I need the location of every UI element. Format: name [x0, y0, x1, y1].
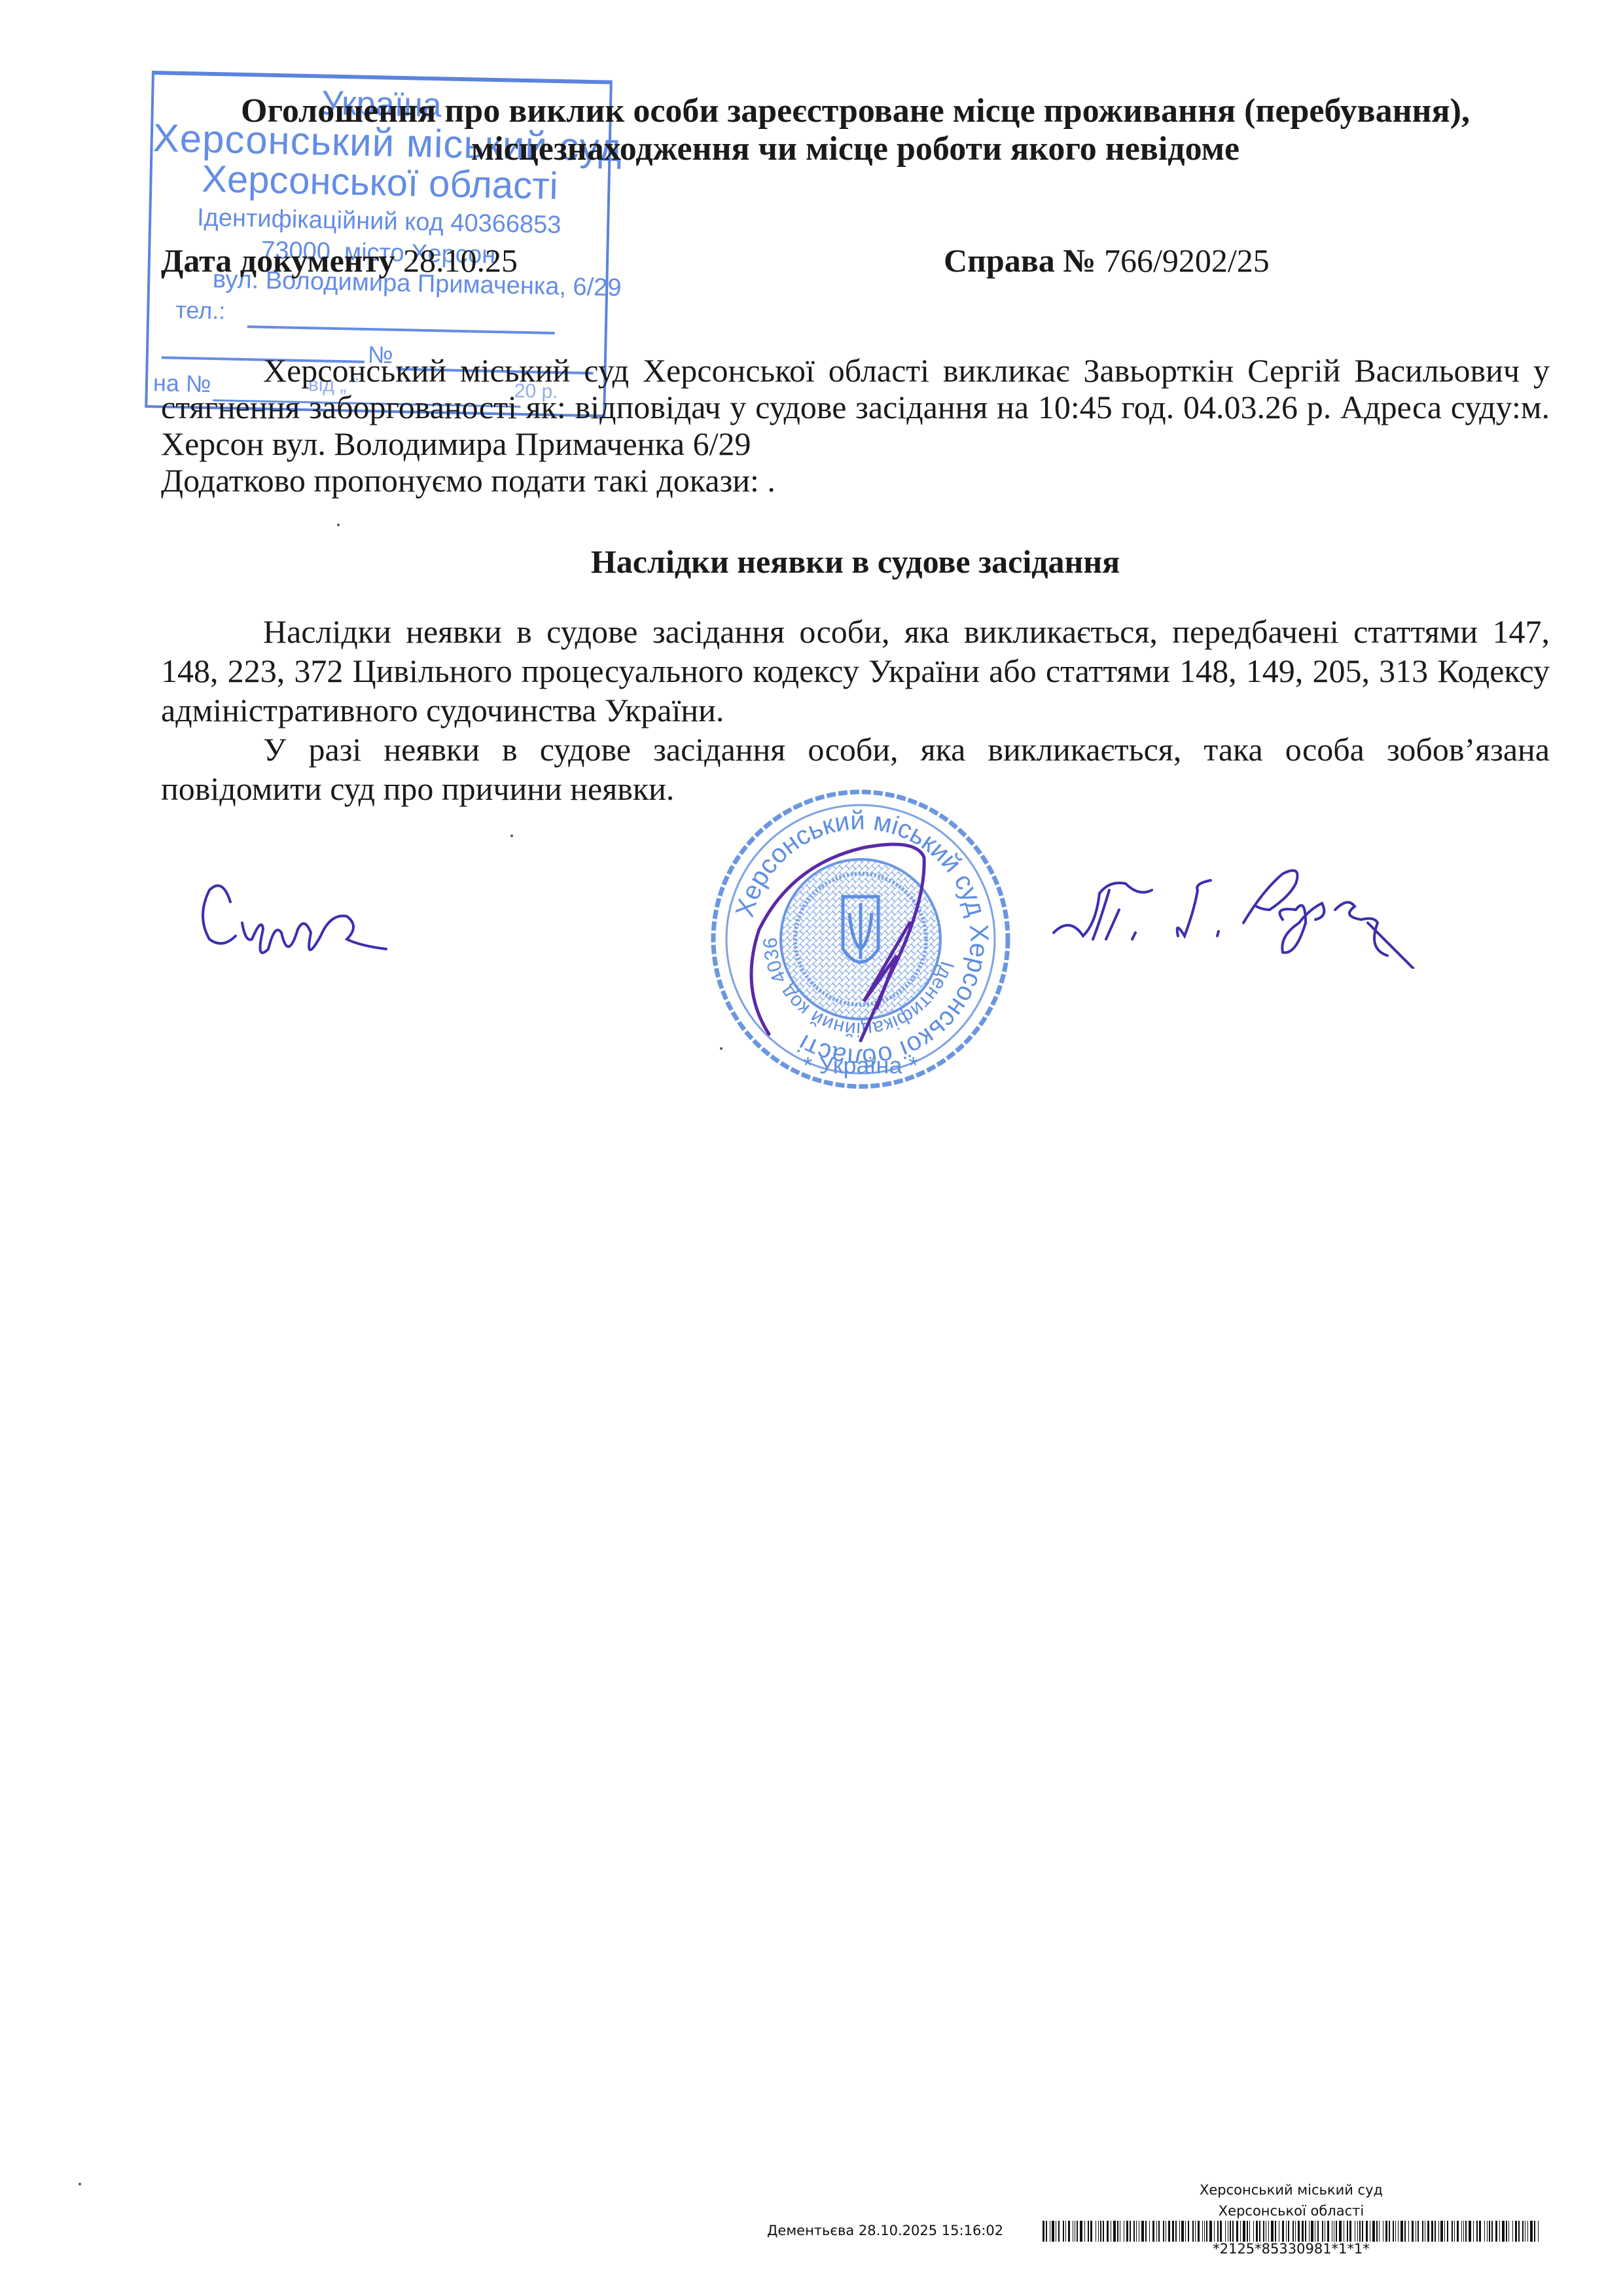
barcode-bar: [1100, 2221, 1101, 2242]
barcode-bar: [1435, 2221, 1436, 2242]
barcode-bar: [1240, 2221, 1241, 2242]
barcode-bar: [1271, 2221, 1274, 2242]
barcode-bar: [1068, 2221, 1070, 2242]
case-number: Справа № 766/9202/25: [944, 242, 1270, 279]
barcode-bar: [1220, 2221, 1222, 2242]
barcode-bar: [1217, 2221, 1219, 2242]
barcode-bar: [1065, 2221, 1066, 2242]
document-title-line-1: Оголошення про виклик особи зареєстрован…: [161, 92, 1550, 131]
barcode-bar: [1050, 2221, 1050, 2242]
barcode-bar: [1347, 2221, 1348, 2242]
barcode-bar: [1404, 2221, 1406, 2242]
judge-signature: Т. Г. Рядча: [1047, 844, 1440, 969]
barcode-bar: [1247, 2221, 1248, 2242]
barcode-bar: [1253, 2221, 1254, 2242]
barcode-bar: [1268, 2221, 1269, 2242]
barcode-bar: [1286, 2221, 1287, 2242]
barcode-bar: [1063, 2221, 1064, 2242]
barcode-bar: [1113, 2221, 1116, 2242]
barcode-bar: [1465, 2221, 1467, 2242]
document-date: Дата документу 28.10.25: [161, 242, 518, 279]
barcode-bar: [1084, 2221, 1085, 2242]
barcode-bar: [1282, 2221, 1284, 2242]
barcode-bar: [1522, 2221, 1524, 2242]
barcode-bar: [1317, 2221, 1319, 2242]
barcode-bar: [1052, 2221, 1054, 2242]
consequences-paragraph-1: Наслідки неявки в судове засідання особи…: [161, 612, 1550, 730]
barcode-bar: [1130, 2221, 1131, 2242]
barcode-bar: [1499, 2221, 1500, 2242]
barcode-bar: [1156, 2221, 1157, 2242]
footer-court-name-line-2: Херсонської області: [1160, 2203, 1422, 2219]
stamp-phone-rule: [247, 325, 555, 334]
barcode-bar: [1198, 2221, 1200, 2242]
barcode-bar: [1502, 2221, 1505, 2242]
barcode-bar: [1452, 2221, 1453, 2242]
barcode-bar: [1473, 2221, 1474, 2242]
barcode-bar: [1376, 2221, 1378, 2242]
barcode-bar: [1366, 2221, 1368, 2242]
barcode-bar: [1416, 2221, 1416, 2242]
barcode-bar: [1058, 2221, 1060, 2242]
barcode-bar: [1166, 2221, 1166, 2242]
document-title-line-2: місцезнаходження чи місце роботи якого н…: [161, 130, 1550, 169]
barcode-bar: [1400, 2221, 1403, 2242]
barcode-bar: [1249, 2221, 1250, 2242]
barcode-bar: [1172, 2221, 1174, 2242]
barcode-bar: [1525, 2221, 1525, 2242]
barcode-bar: [1228, 2221, 1228, 2242]
barcode-bar: [1336, 2221, 1337, 2242]
document-date-label: Дата документу: [161, 242, 395, 279]
barcode-bar: [1263, 2221, 1264, 2242]
barcode-bar: [1370, 2221, 1370, 2242]
judge-handwritten-label: Суддя: [190, 851, 399, 969]
barcode-bar: [1359, 2221, 1361, 2242]
barcode-bar: [1440, 2221, 1443, 2242]
barcode-bar: [1357, 2221, 1358, 2242]
barcode-bar: [1126, 2221, 1128, 2242]
barcode-bar: [1090, 2221, 1092, 2242]
barcode-bar: [1230, 2221, 1231, 2242]
barcode-bar: [1484, 2221, 1485, 2242]
consequences-heading: Наслідки неявки в судове засідання: [161, 542, 1550, 581]
barcode-bar: [1476, 2221, 1478, 2242]
barcode-bar: [1444, 2221, 1445, 2242]
barcode-bar: [1077, 2221, 1078, 2242]
barcode-bar: [1236, 2221, 1238, 2242]
barcode-bar: [1538, 2221, 1539, 2242]
barcode-bar: [1355, 2221, 1355, 2242]
barcode-bar: [1163, 2221, 1164, 2242]
summons-paragraph: Херсонський міський суд Херсонської обла…: [161, 352, 1550, 462]
barcode-bar: [1302, 2221, 1304, 2242]
barcode-bar: [1530, 2221, 1533, 2242]
barcode-bar: [1209, 2221, 1212, 2242]
barcode-bar: [1181, 2221, 1184, 2242]
barcode-bar: [1463, 2221, 1464, 2242]
seal-graphic: Херсонський міський суд Херсонської обла…: [700, 785, 1021, 1093]
barcode-bar: [1334, 2221, 1334, 2242]
barcode-bar: [1372, 2221, 1375, 2242]
barcode-bar: [1080, 2221, 1082, 2242]
barcode-bar: [1362, 2221, 1363, 2242]
document-date-value: 28.10.25: [403, 242, 518, 279]
barcode-bar: [1487, 2221, 1488, 2242]
barcode-bar: [1489, 2221, 1490, 2242]
barcode-bar: [1385, 2221, 1387, 2242]
barcode-bar: [1461, 2221, 1462, 2242]
stamp-id-code: Ідентифікаційний код 40366853: [151, 203, 607, 241]
barcode-bar: [1398, 2221, 1399, 2242]
barcode-bar: [1232, 2221, 1234, 2242]
barcode-bar: [1454, 2221, 1455, 2242]
svg-text:* Україна *: * Україна *: [804, 1052, 918, 1079]
barcode-bar: [1111, 2221, 1111, 2242]
barcode-bar: [1422, 2221, 1423, 2242]
barcode-bar: [1395, 2221, 1396, 2242]
barcode-bar: [1204, 2221, 1205, 2242]
barcode-bar: [1202, 2221, 1203, 2242]
barcode-bar: [1043, 2221, 1044, 2242]
barcode-bar: [1515, 2221, 1517, 2242]
scan-speck: [720, 1047, 722, 1050]
barcode-bar: [1139, 2221, 1139, 2242]
barcode-text: *2125*85330981*1*1*: [1160, 2241, 1422, 2257]
barcode-bar: [1056, 2221, 1056, 2242]
barcode-bar: [1214, 2221, 1215, 2242]
barcode-bar: [1438, 2221, 1439, 2242]
barcode-bar: [1073, 2221, 1073, 2242]
barcode-bar: [1275, 2221, 1276, 2242]
barcode-bar: [1149, 2221, 1150, 2242]
barcode-bar: [1293, 2221, 1294, 2242]
barcode-bar: [1506, 2221, 1507, 2242]
barcode-bar: [1408, 2221, 1409, 2242]
barcode-bar: [1431, 2221, 1433, 2242]
document-barcode: [1043, 2221, 1541, 2242]
barcode-bar: [1534, 2221, 1535, 2242]
barcode-bar: [1349, 2221, 1351, 2242]
stamp-phone-label: тел.:: [175, 296, 226, 325]
consequences-text-1: Наслідки неявки в судове засідання особи…: [161, 613, 1550, 728]
barcode-bar: [1256, 2221, 1258, 2242]
barcode-bar: [1344, 2221, 1344, 2242]
barcode-bar: [1418, 2221, 1419, 2242]
barcode-bar: [1075, 2221, 1075, 2242]
barcode-bar: [1457, 2221, 1459, 2242]
barcode-bar: [1124, 2221, 1124, 2242]
barcode-bar: [1175, 2221, 1177, 2242]
barcode-bar: [1383, 2221, 1383, 2242]
barcode-bar: [1288, 2221, 1289, 2242]
barcode-bar: [1479, 2221, 1481, 2242]
scan-speck: [79, 2183, 81, 2185]
barcode-bar: [1188, 2221, 1189, 2242]
case-number-label: Справа №: [944, 242, 1096, 279]
barcode-bar: [1152, 2221, 1154, 2242]
barcode-bar: [1315, 2221, 1315, 2242]
evidence-line: Додатково пропонуємо подати такі докази:…: [161, 462, 776, 499]
barcode-bar: [1266, 2221, 1266, 2242]
barcode-bar: [1107, 2221, 1109, 2242]
barcode-bar: [1527, 2221, 1528, 2242]
barcode-bar: [1046, 2221, 1047, 2242]
clerk-timestamp: Дементьєва 28.10.2025 15:16:02: [767, 2223, 1003, 2238]
barcode-bar: [1168, 2221, 1170, 2242]
barcode-bar: [1295, 2221, 1296, 2242]
barcode-bar: [1133, 2221, 1135, 2242]
barcode-bar: [1145, 2221, 1147, 2242]
case-number-value: 766/9202/25: [1104, 242, 1270, 279]
barcode-bar: [1136, 2221, 1137, 2242]
barcode-bar: [1305, 2221, 1306, 2242]
barcode-bar: [1096, 2221, 1096, 2242]
summons-text: Херсонський міський суд Херсонської обла…: [161, 352, 1550, 462]
barcode-bar: [1412, 2221, 1414, 2242]
barcode-bar: [1518, 2221, 1520, 2242]
barcode-bar: [1339, 2221, 1342, 2242]
barcode-bar: [1379, 2221, 1380, 2242]
barcode-bar: [1469, 2221, 1471, 2242]
barcode-bar: [1311, 2221, 1313, 2242]
barcode-bar: [1185, 2221, 1186, 2242]
barcode-bar: [1491, 2221, 1493, 2242]
barcode-bar: [1389, 2221, 1390, 2242]
barcode-bar: [1327, 2221, 1329, 2242]
round-court-seal: Херсонський міський суд Херсонської обла…: [700, 785, 1021, 1093]
barcode-bar: [1225, 2221, 1226, 2242]
footer-court-name-line-1: Херсонський міський суд: [1160, 2182, 1422, 2198]
barcode-bar: [1206, 2221, 1207, 2242]
barcode-bar: [1447, 2221, 1448, 2242]
barcode-bar: [1259, 2221, 1260, 2242]
barcode-bar: [1098, 2221, 1099, 2242]
barcode-bar: [1192, 2221, 1194, 2242]
barcode-bar: [1279, 2221, 1279, 2242]
barcode-bar: [1427, 2221, 1429, 2242]
barcode-bar: [1243, 2221, 1245, 2242]
barcode-bar: [1332, 2221, 1332, 2242]
barcode-bar: [1117, 2221, 1118, 2242]
barcode-bar: [1512, 2221, 1513, 2242]
scan-speck: [510, 834, 513, 837]
barcode-bar: [1088, 2221, 1089, 2242]
barcode-bar: [1309, 2221, 1310, 2242]
barcode-bar: [1325, 2221, 1325, 2242]
barcode-bar: [1425, 2221, 1425, 2242]
barcode-bar: [1195, 2221, 1196, 2242]
barcode-bar: [1322, 2221, 1323, 2242]
barcode-bar: [1508, 2221, 1509, 2242]
barcode-bar: [1495, 2221, 1497, 2242]
barcode-bar: [1298, 2221, 1300, 2242]
scan-speck: [337, 524, 340, 526]
barcode-bar: [1141, 2221, 1144, 2242]
barcode-bar: [1158, 2221, 1160, 2242]
barcode-bar: [1103, 2221, 1104, 2242]
barcode-bar: [1120, 2221, 1120, 2242]
barcode-bar: [1393, 2221, 1394, 2242]
barcode-bar: [1179, 2221, 1180, 2242]
